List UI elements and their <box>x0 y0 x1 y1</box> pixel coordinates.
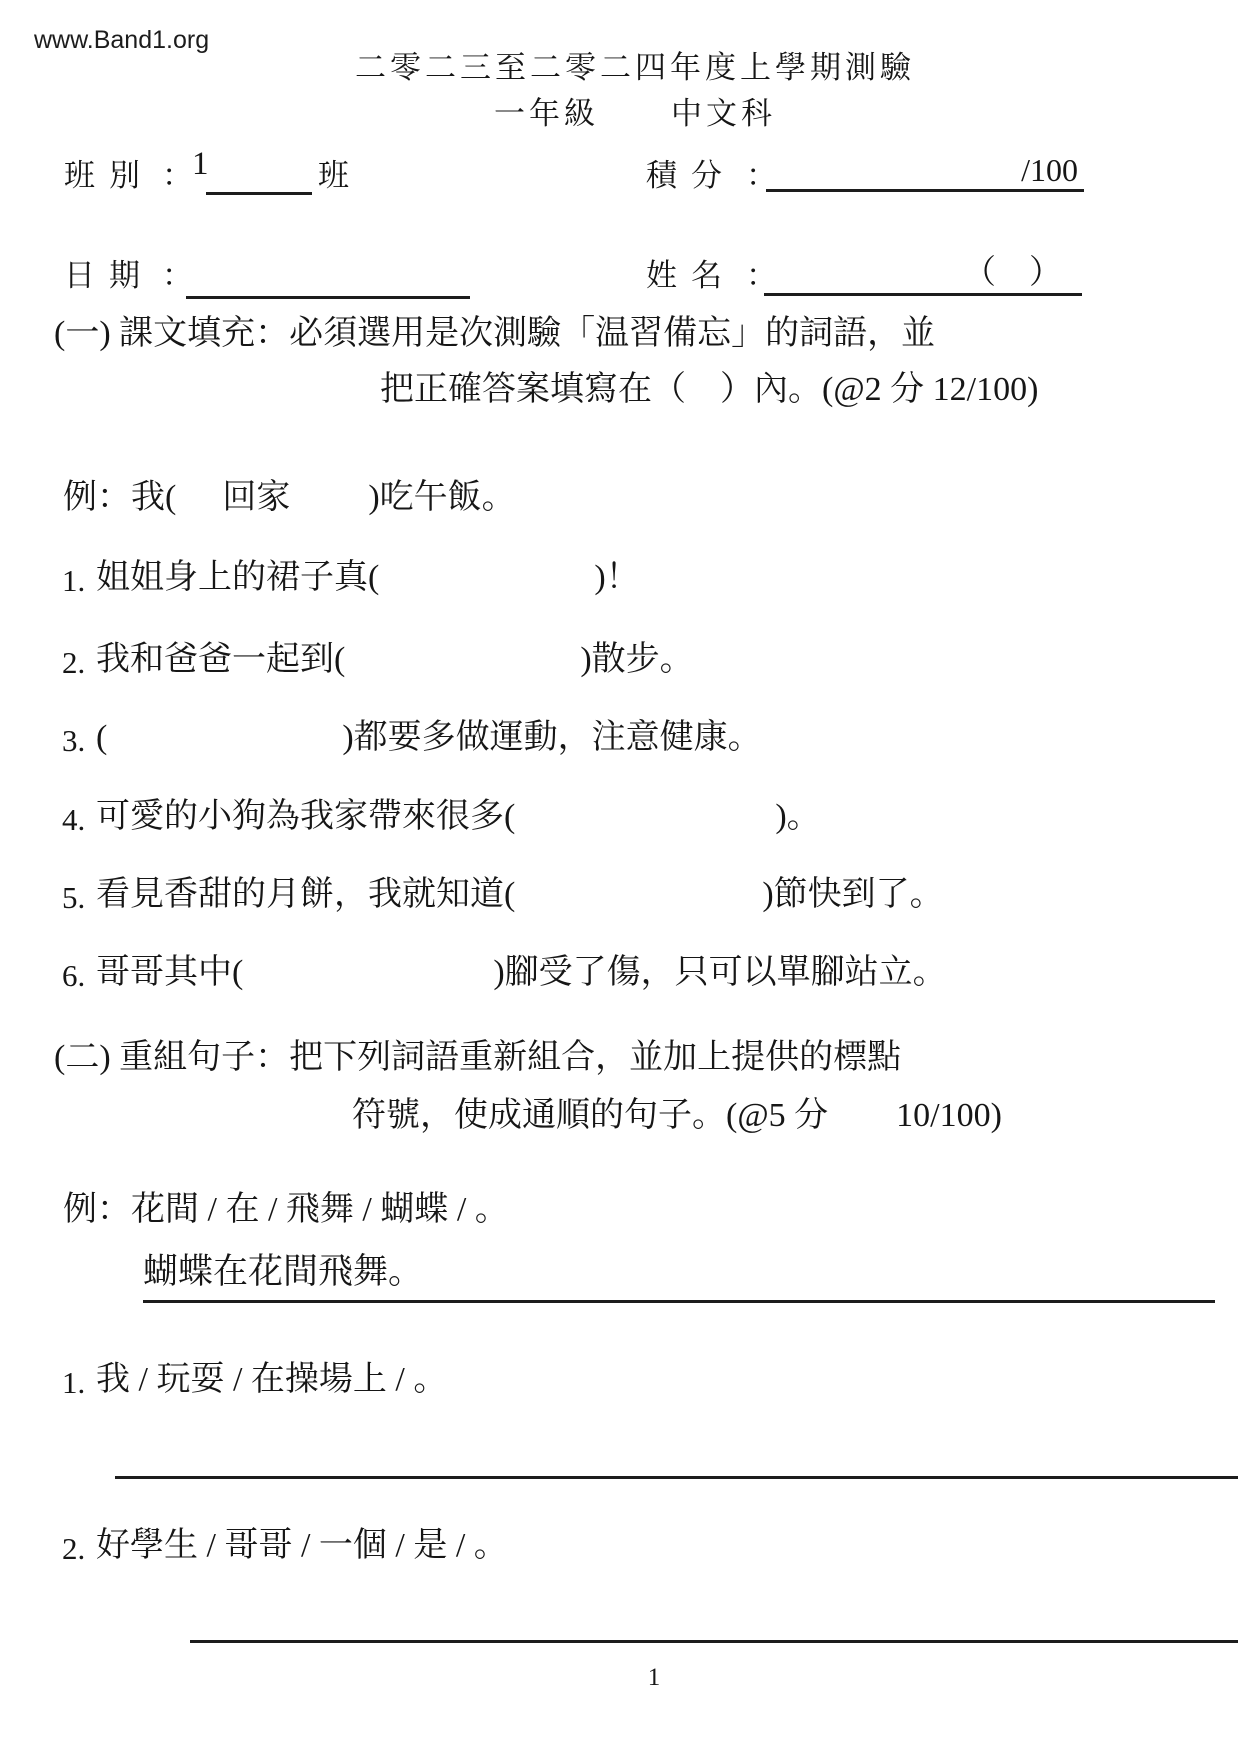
paper-title: 二零二三至二零二四年度上學期測驗 <box>0 42 1240 87</box>
section2-example-answer: 蝴蝶在花間飛舞。 <box>143 1244 1215 1303</box>
item-text-post: )！ <box>594 558 639 599</box>
answer-gap <box>345 680 580 681</box>
fill-item: 3. ( )都要多做運動，注意健康。 <box>62 718 762 759</box>
section1-example: 例：我( 回家 )吃午飯。 <box>63 478 516 519</box>
item-text: 我 / 玩耍 / 在操場上 / 。 <box>96 1360 447 1401</box>
item-number: 5. <box>62 879 96 916</box>
item-text-post: )都要多做運動，注意健康。 <box>342 718 761 759</box>
item-text-post: )。 <box>775 797 820 838</box>
answer-line <box>115 1476 1238 1479</box>
item-number: 4. <box>62 801 96 838</box>
name-label: 姓名 <box>646 250 736 295</box>
example1-suffix: )吃午飯。 <box>368 478 515 519</box>
example1-answer: 回家 <box>222 478 290 519</box>
item-number: 2. <box>62 1530 96 1567</box>
reorder-item: 1. 我 / 玩耍 / 在操場上 / 。 <box>62 1360 447 1401</box>
subject-label: 中文科 <box>671 88 776 133</box>
name-blank-field: （ ） <box>764 248 1082 296</box>
date-label: 日期 <box>64 250 154 295</box>
section1-heading-line2: 把正確答案填寫在（ ）內。(@2 分 12/100) <box>380 370 1038 411</box>
fill-item: 2. 我和爸爸一起到( )散步。 <box>62 640 694 681</box>
score-blank-field: /100 <box>766 146 1084 192</box>
answer-line <box>190 1640 1238 1643</box>
section2-example-prompt: 例：花間 / 在 / 飛舞 / 蝴蝶 / 。 <box>63 1190 509 1231</box>
fill-item: 4. 可愛的小狗為我家帶來很多( )。 <box>62 797 821 838</box>
fill-item: 1. 姐姐身上的裙子真( )！ <box>62 558 640 599</box>
item-number: 1. <box>62 1364 96 1401</box>
class-suffix: 班 <box>318 150 349 195</box>
class-label: 班別 <box>64 150 154 195</box>
item-number: 2. <box>62 644 96 681</box>
grade-label: 一年級 <box>494 88 599 133</box>
answer-gap <box>243 993 493 994</box>
item-text-pre: 哥哥其中( <box>96 953 243 994</box>
item-number: 3. <box>62 722 96 759</box>
answer-gap <box>515 837 775 838</box>
item-text-post: )節快到了。 <box>762 875 943 916</box>
class-blank-field <box>206 154 312 195</box>
item-text-pre: 看見香甜的月餅，我就知道( <box>96 875 515 916</box>
example1-prefix: 例：我( <box>63 478 176 519</box>
answer-gap <box>107 758 342 759</box>
answer-gap <box>515 915 762 916</box>
fill-item: 6. 哥哥其中( )腳受了傷，只可以單腳站立。 <box>62 953 947 994</box>
paper-subtitle: 一年級 中文科 <box>0 88 1240 133</box>
example1-gap <box>290 518 368 519</box>
page-number: 1 <box>604 1664 704 1692</box>
item-number: 1. <box>62 562 96 599</box>
item-text-post: )腳受了傷，只可以單腳站立。 <box>493 953 946 994</box>
test-paper-page: www.Band1.org 二零二三至二零二四年度上學期測驗 一年級 中文科 班… <box>0 0 1240 1754</box>
score-total: /100 <box>1021 152 1078 189</box>
class-colon: ： <box>162 150 193 195</box>
example1-gap <box>176 518 222 519</box>
item-text-pre: 可愛的小狗為我家帶來很多( <box>96 797 515 838</box>
item-text-post: )散步。 <box>580 640 693 681</box>
score-label: 積分 <box>646 150 736 195</box>
section2-heading-line2: 符號，使成通順的句子。(@5 分 10/100) <box>352 1096 1002 1137</box>
name-paren: （ ） <box>963 246 1062 293</box>
item-number: 6. <box>62 957 96 994</box>
fill-item: 5. 看見香甜的月餅，我就知道( )節快到了。 <box>62 875 944 916</box>
item-text: 好學生 / 哥哥 / 一個 / 是 / 。 <box>96 1526 508 1567</box>
section1-heading-line1: (一) 課文填充：必須選用是次測驗「温習備忘」的詞語，並 <box>54 314 935 355</box>
section2-heading-line1: (二) 重組句子：把下列詞語重新組合，並加上提供的標點 <box>54 1038 901 1079</box>
item-text-pre: 姐姐身上的裙子真( <box>96 558 379 599</box>
date-blank-field <box>186 256 470 299</box>
item-text-pre: 我和爸爸一起到( <box>96 640 345 681</box>
reorder-item: 2. 好學生 / 哥哥 / 一個 / 是 / 。 <box>62 1526 508 1567</box>
answer-gap <box>379 598 594 599</box>
item-text-pre: ( <box>96 718 107 759</box>
